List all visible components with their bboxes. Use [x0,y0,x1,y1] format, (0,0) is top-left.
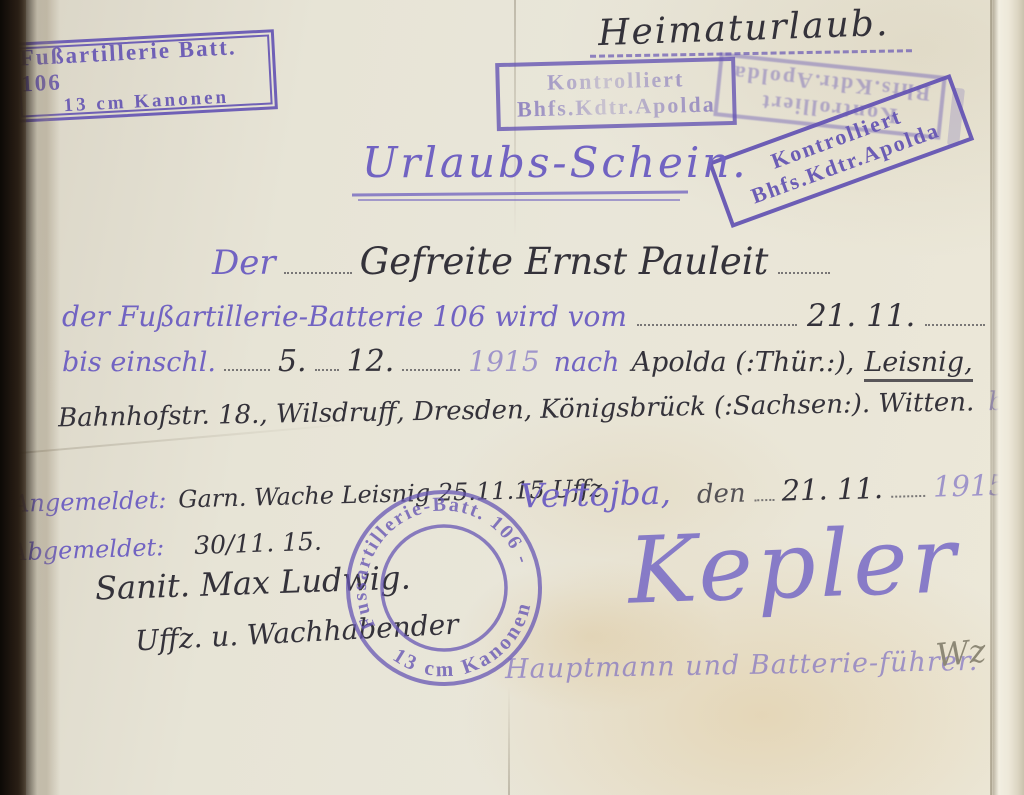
dotted-leader [925,322,985,326]
dotted-leader [315,367,339,371]
pencil-paraph: Wz [934,632,987,675]
soldier-name: Gefreite Ernst Pauleit [360,240,769,283]
kontrolliert-line2: Bhfs.Kdtr.Apolda [517,91,716,122]
seal-arc-top-text: Fussartillerie-Batt. 106 - [340,484,536,633]
page-edge [990,0,1024,795]
kontrolliert-stamp-straight: Kontrolliert Bhfs.Kdtr.Apolda [495,57,737,131]
end-day: 5. [278,344,307,379]
start-date: 21. 11. [807,298,915,334]
page-edge-line [990,0,992,795]
year: 1915 [468,345,539,378]
issue-date: 21. 11. [781,471,883,508]
destination-apolda: Apolda (:Thür.:), [632,347,855,378]
word-der: Der [212,243,276,283]
issue-place: Vertojba, [520,473,672,516]
body-line-3: bis einschl. 5. 12. 1915 nach Apolda (:T… [62,344,973,382]
bis-einschl: bis einschl. [62,347,216,378]
dotted-leader [778,270,830,274]
dotted-leader [637,322,797,326]
body-line-1: Der Gefreite Ernst Pauleit [212,240,830,283]
commander-signature: Kepler [626,506,961,625]
kontrolliert-stamp-text: Kontrolliert Bhfs.Kdtr.Apolda [499,61,732,127]
dotted-leader [402,367,460,371]
svg-text:Fussartillerie-Batt. 106 -: Fussartillerie-Batt. 106 - [340,484,536,633]
body-line-2: der Fußartillerie-Batterie 106 wird vom … [62,298,985,334]
title-underline [358,199,680,201]
word-nach: nach [554,347,620,378]
dotted-leader [224,367,270,371]
unit-phrase: der Fußartillerie-Batterie 106 wird vom [62,300,627,333]
kontrolliert-line1: Kontrolliert [547,66,685,96]
end-month: 12. [347,344,395,379]
book-binding-core [0,0,26,795]
dotted-leader [754,497,774,502]
dotted-leader [284,270,352,274]
abgemeldet-value: 30/11. 15. [194,527,323,560]
destination-leisnig: Leisnig, [864,347,972,382]
document-title: Urlaubs-Schein. [362,138,749,187]
paper-crease [508,686,510,795]
word-den: den [696,479,746,510]
dotted-leader [891,493,925,498]
photographed-document: Fußartillerie Batt. 106 13 cm Kanonen He… [0,0,1024,795]
